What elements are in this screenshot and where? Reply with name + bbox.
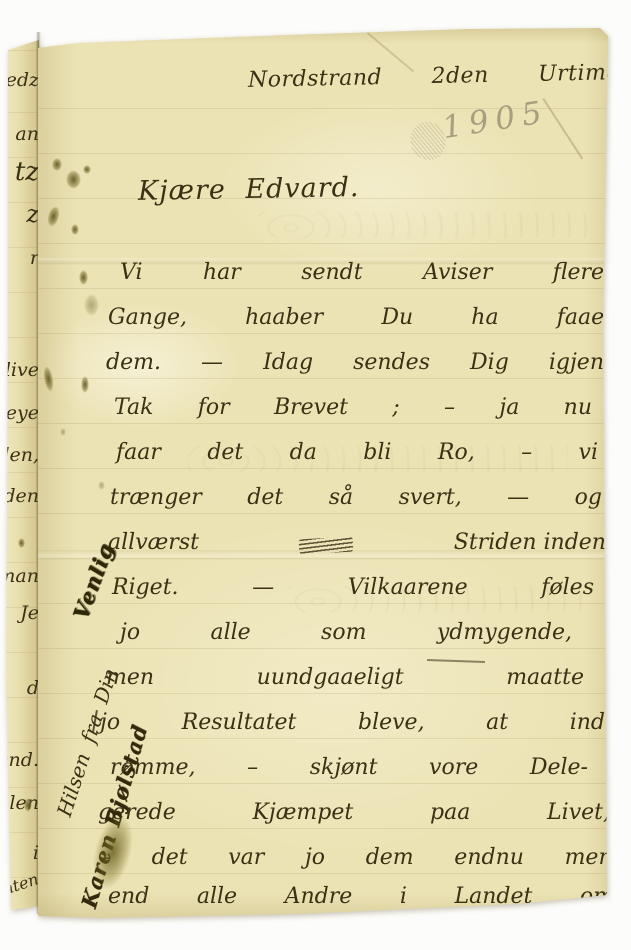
scratched-out-word (299, 537, 354, 555)
handwritten-phrase: Striden inden (454, 528, 606, 558)
handwritten-line: jo Resultatet bleve, at ind (100, 708, 605, 738)
foxing-stain (60, 428, 66, 436)
handwritten-line: Tak for Brevet ; – ja nu (114, 393, 592, 423)
handwritten-line: Gange, haaber Du ha faaet (108, 303, 613, 333)
cutoff-word-fragment: edz (6, 70, 39, 90)
cutoff-word-fragment: eye (6, 403, 39, 423)
cutoff-word-fragment: man (6, 566, 39, 586)
handwritten-line: end alle Andre i Landet om (108, 882, 614, 912)
pencil-year: 1905 (440, 94, 551, 146)
handwritten-line: dem. — Idag sendes Dig igjen, (106, 348, 611, 378)
handwritten-word: allværst (108, 528, 199, 558)
handwritten-line: jo alle som ydmygende, (120, 618, 572, 648)
handwritten-line: trænger det så svert, — og (110, 483, 602, 513)
foxing-stain (66, 170, 81, 189)
handwritten-line: men uundgaaeligt maatte (106, 663, 584, 693)
foxing-stain (84, 294, 99, 316)
bleed-through-ghost (258, 212, 588, 238)
foxing-stain (52, 158, 62, 171)
paper-sheets: edz an tz z r live eye den, eden man Je … (0, 0, 631, 950)
cutoff-word-fragment: eden (6, 486, 39, 506)
cutoff-word-fragment: live (6, 360, 39, 380)
letter-page: Nordstrand 2den Urtima 1905 Kjære Edvard… (38, 26, 608, 919)
foxing-stain (71, 224, 79, 235)
foxing-stain (81, 376, 89, 393)
ink-stain (18, 538, 25, 548)
foxing-stain (42, 365, 55, 392)
handwritten-line: – det var jo dem endnu mere (100, 843, 622, 873)
handwritten-line: Vi har sendt Aviser flere (120, 258, 604, 288)
handwritten-line: allværst Striden inden (108, 528, 606, 558)
dateline: Nordstrand 2den Urtima (248, 60, 620, 93)
handwritten-line: rømme, – skjønt vore Dele- (110, 753, 588, 783)
handwritten-line: faar det da bli Ro, – vi (116, 438, 598, 468)
foxing-stain (45, 205, 61, 228)
cutoff-word-fragment: onten (6, 869, 39, 902)
cutoff-word-fragment: llen (6, 793, 39, 813)
cutoff-word-fragment: end. (6, 750, 39, 770)
foxing-stain (98, 481, 105, 490)
foxing-stain (83, 165, 91, 174)
letter-scan: edz an tz z r live eye den, eden man Je … (0, 0, 631, 950)
handwritten-line: Riget. — Vilkaarene føles (112, 573, 594, 603)
salutation: Kjære Edvard. (138, 172, 360, 207)
adjacent-page-edge: edz an tz z r live eye den, eden man Je … (6, 38, 39, 910)
handwritten-line: gerede Kjæmpet paa Livet, (98, 798, 610, 828)
cutoff-word-fragment: den, (6, 445, 39, 465)
foxing-stain (79, 270, 88, 285)
